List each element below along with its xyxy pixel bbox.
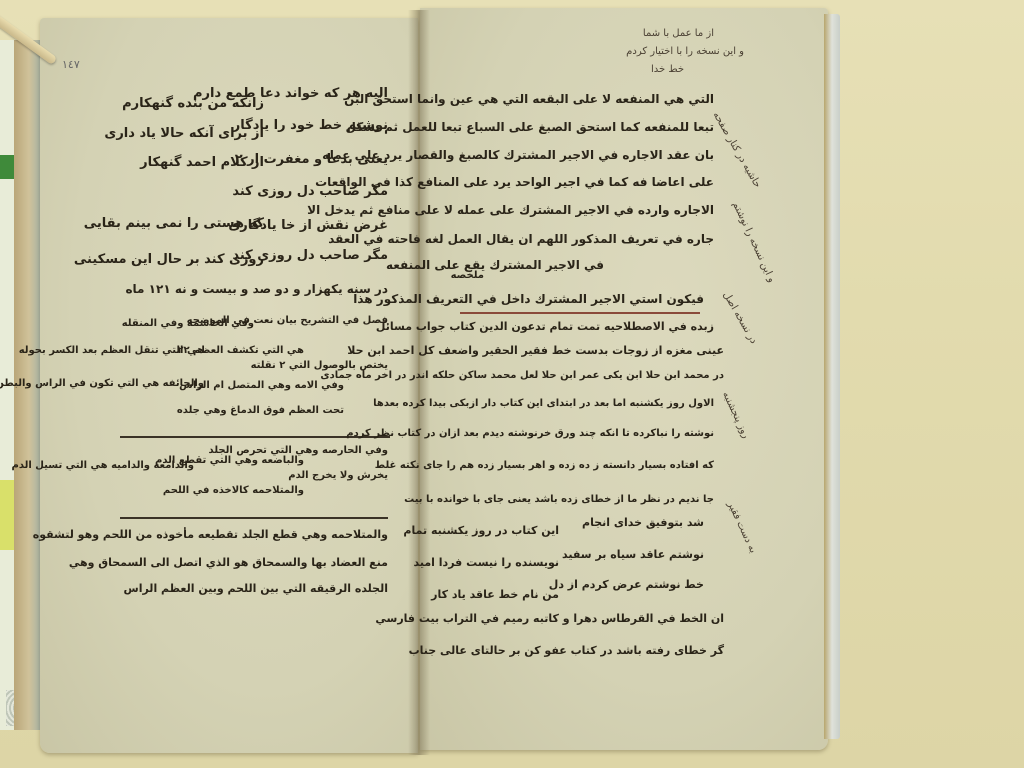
colophon-line: الاول روز یکشنبه اما بعد در ابتدای این ک… <box>373 398 714 409</box>
colophon-line: نوشته را نباکرده تا انکه چند ورق خرنوشته… <box>346 428 714 439</box>
top-note: و این نسخه را با اختیار کردم <box>626 46 744 57</box>
poem-line-left: که هستی را نمی بینم بقایی <box>84 216 264 231</box>
note-line: والجائفه هي التي تكون في الراس والبطن <box>0 378 204 389</box>
poem-line-left: زانکه من بنده گنهکارم <box>122 96 264 111</box>
colophon-line: در محمد ابن حلا ابن یکی عمر ابن حلا لعل … <box>320 370 724 381</box>
poem-line-left: از برای آنکه حالا یاد داری <box>104 126 264 141</box>
body-line: جاره في تعريف المذكور اللهم ان يقال العم… <box>328 232 714 246</box>
verse-left: نویسنده را نیست فردا امید <box>414 556 559 569</box>
verse-right: خط نوشتم عرض کردم از دل <box>549 578 704 591</box>
body-line: التي هي المنفعه لا على البقعه التي هي عي… <box>344 92 714 106</box>
body-line: بان عقد الاجاره في الاجير المشترك كالصبغ… <box>322 148 714 162</box>
colophon-line: زبده في الاصطلاحيه تمت تمام تدعون الدين … <box>376 320 714 333</box>
book-edge-right <box>824 14 840 739</box>
verse-right: نوشتم عاقد سیاه بر سفید <box>562 548 704 561</box>
note-line: تحت العظم فوق الدماغ وهي جلده <box>177 405 344 416</box>
note-line: هي التي تنقل العظم بعد الكسر بحوله <box>19 345 204 356</box>
poem-line-left: از کلام احمد گنهکار <box>140 155 264 170</box>
red-underline <box>460 312 700 314</box>
note-line: والباضعه وهي التي تقطع الدم <box>155 455 304 466</box>
verse-right: شد بتوفیق خدای انجام <box>582 516 704 529</box>
divider-rule <box>120 517 388 519</box>
body-line: في الاجير المشترك يقع على المنفعه <box>386 258 604 272</box>
body-line: والمتلاحمه وهي قطع الجلد تقطيعه مأخوذه م… <box>33 528 388 541</box>
body-line: الاجاره وارده في الاجير المشترك على عمله… <box>307 203 714 217</box>
body-line: منع العضاد بها والسمحاق هو الذي اتصل الى… <box>69 556 388 569</box>
colophon-line: جا نديم در نظر ما از خطای زده باشد یعنی … <box>404 494 714 505</box>
page-number: ١٤٧ <box>62 58 80 71</box>
note-line: والمتلاحمه كالاخذه في اللحم <box>163 485 304 496</box>
verse-left: من نام خط عاقد یاد کار <box>431 588 559 601</box>
final-line: گر خطای رفته باشد در کتاب عفو کن بر حالت… <box>409 644 724 657</box>
body-line: ملخصه <box>451 270 484 281</box>
poem-line-left: روزی کند بر حال این مسکینی <box>74 252 264 267</box>
top-note: خط خدا <box>651 64 684 75</box>
date-line: در سنه یکهزار و دو صد و بیست و نه ۱۲۱ ما… <box>125 282 388 296</box>
yellow-bookmark-strip <box>0 480 14 550</box>
body-line: فيكون استي الاجير المشترك داخل في التعري… <box>353 292 704 306</box>
top-note: از ما عمل با شما <box>643 28 714 39</box>
colophon-line: که افتاده بسیار دانسته ز ده زده و اهر بس… <box>375 460 714 471</box>
final-line: ان الخط في القرطاس دهرا و كاتبه رميم في … <box>375 612 724 625</box>
note-line: وفي الخاشمه وفي المنقله <box>122 318 254 329</box>
body-line: على اعاضا فه كما في اجير الواحد يرد على … <box>315 175 714 189</box>
body-line: الجلده الرقيقه التي بين اللحم وبين العظم… <box>124 582 388 595</box>
verse-left: این کتاب در روز یکشنبه تمام <box>403 524 559 537</box>
colophon-line: عینی مغزه از زوجات بدست خط فقیر الحقیر و… <box>347 344 724 357</box>
body-line: تبعا للمنفعه كما استحق الصبغ على السباع … <box>346 120 714 134</box>
note-line: يخرش ولا يخرج الدم <box>288 470 388 481</box>
note-line: وفي الامه وهي المتصل ام الراس <box>179 380 344 391</box>
